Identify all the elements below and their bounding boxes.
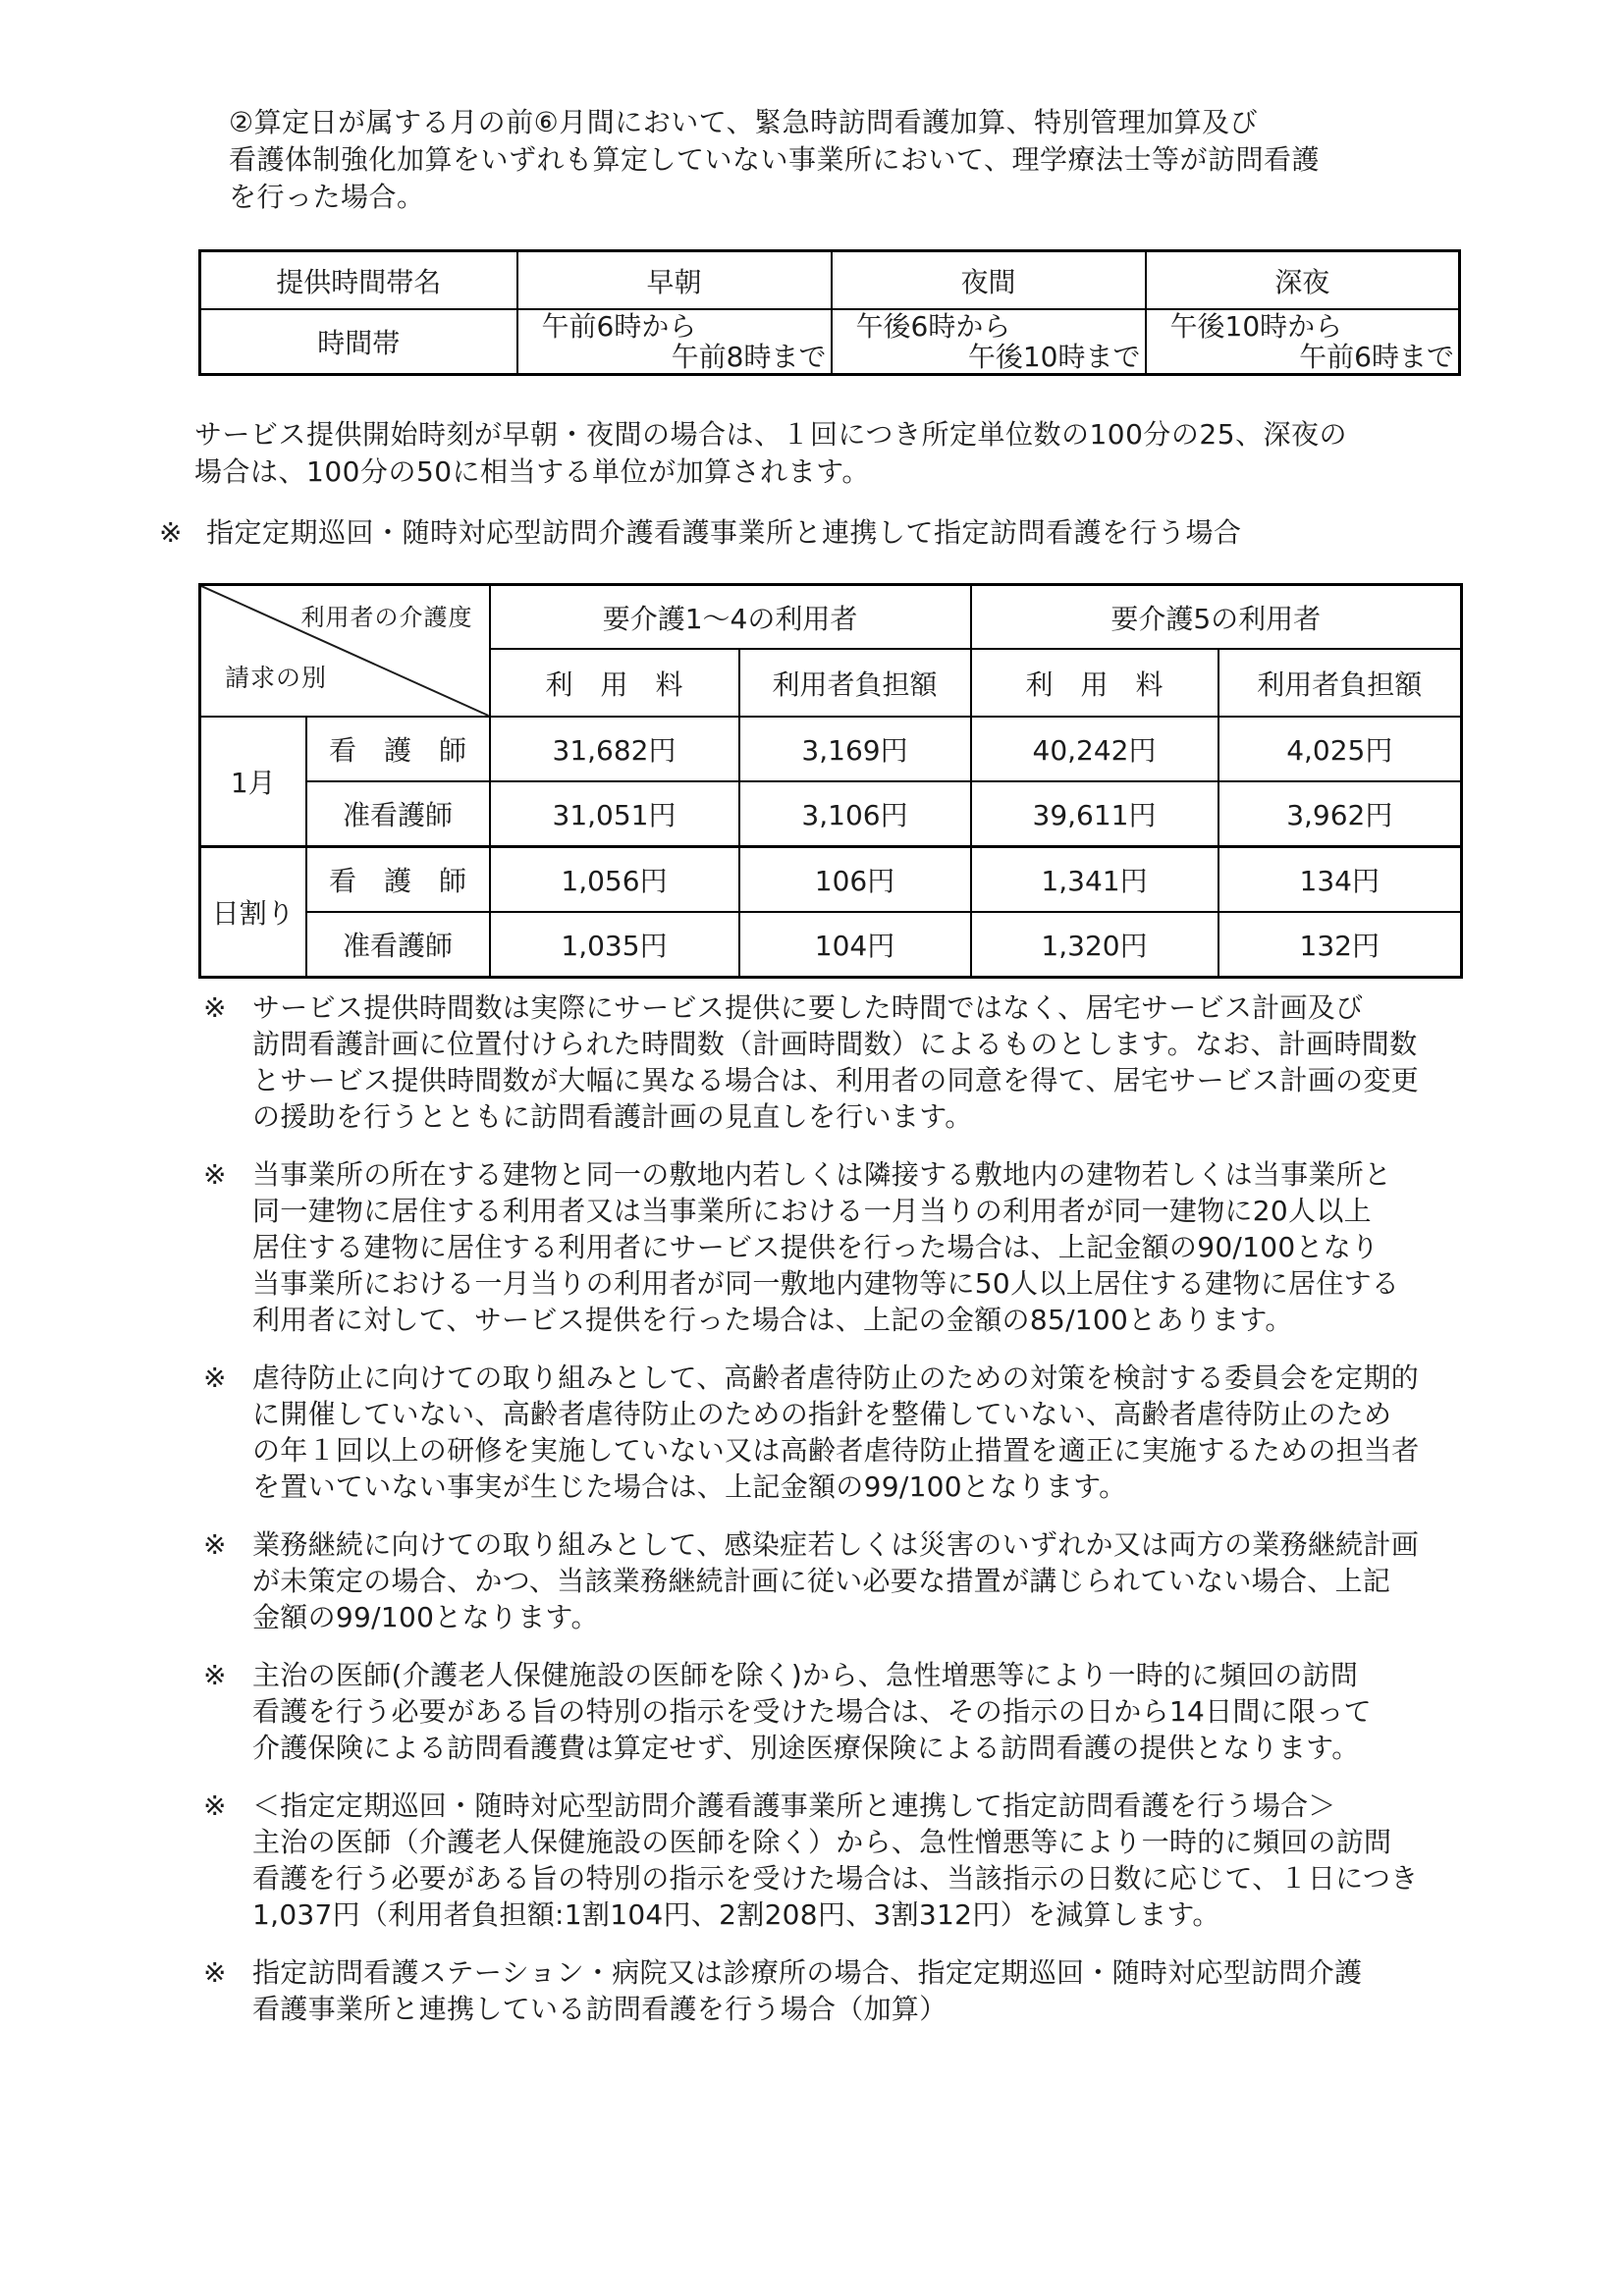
note-business-continuity: ※ 業務継続に向けての取り組みとして、感染症若しくは災害のいずれか又は両方の業務… bbox=[203, 1526, 1489, 1635]
subheader-copayment: 利用者負担額 bbox=[1218, 649, 1462, 717]
reference-mark-icon: ※ bbox=[159, 514, 206, 552]
note-special-doctor-instruction: ※ 主治の医師(介護老人保健施設の医師を除く)から、急性増悪等により一時的に頻回… bbox=[203, 1657, 1489, 1766]
time-range-to: 午前8時まで bbox=[518, 342, 831, 372]
note-line: の年１回以上の研修を実施していない又は高齢者虐待防止措置を適正に実施するための担… bbox=[252, 1432, 1489, 1468]
note-line: サービス提供時間数は実際にサービス提供に要した時間ではなく、居宅サービス計画及び bbox=[252, 989, 1489, 1026]
note-text: 当事業所の所在する建物と同一の敷地内若しくは隣接する敷地内の建物若しくは当事業所… bbox=[252, 1156, 1489, 1338]
note-same-building-reduction: ※ 当事業所の所在する建物と同一の敷地内若しくは隣接する敷地内の建物若しくは当事… bbox=[203, 1156, 1489, 1338]
time-band-header-late-night: 深夜 bbox=[1146, 251, 1460, 310]
fee-value: 3,169円 bbox=[739, 717, 971, 781]
note-text: 業務継続に向けての取り組みとして、感染症若しくは災害のいずれか又は両方の業務継続… bbox=[252, 1526, 1489, 1635]
note-text: サービス提供時間数は実際にサービス提供に要した時間ではなく、居宅サービス計画及び… bbox=[252, 989, 1489, 1135]
fee-value: 1,056円 bbox=[490, 847, 739, 913]
surcharge-note: サービス提供開始時刻が早朝・夜間の場合は、１回につき所定単位数の100分の25、… bbox=[194, 416, 1347, 491]
fee-value: 4,025円 bbox=[1218, 717, 1462, 781]
notes-list: ※ サービス提供時間数は実際にサービス提供に要した時間ではなく、居宅サービス計画… bbox=[203, 989, 1489, 2049]
note-line: 介護保険による訪問看護費は算定せず、別途医療保険による訪問看護の提供となります。 bbox=[252, 1730, 1489, 1766]
document-page: ②算定日が属する月の前⑥月間において、緊急時訪問看護加算、特別管理加算及び 看護… bbox=[0, 0, 1624, 2296]
time-range-from: 午後10時から bbox=[1147, 311, 1459, 342]
note-teikijunkai-reduction: ※ ＜指定定期巡回・随時対応型訪問介護看護事業所と連携して指定訪問看護を行う場合… bbox=[203, 1788, 1489, 1933]
note-line: の援助を行うとともに訪問看護計画の見直しを行います。 bbox=[252, 1098, 1489, 1135]
row-label-nurse: 看 護 師 bbox=[306, 717, 490, 781]
row-group-label-daily: 日割り bbox=[200, 847, 306, 978]
time-band-header-early-morning: 早朝 bbox=[517, 251, 832, 310]
note-line: 同一建物に居住する利用者又は当事業所における一月当りの利用者が同一建物に20人以… bbox=[252, 1193, 1489, 1229]
time-band-table: 提供時間帯名 早朝 夜間 深夜 時間帯 午前6時から 午前8時まで 午後6時から… bbox=[198, 249, 1461, 376]
note-line: 1,037円（利用者負担額:1割104円、2割208円、3割312円）を減算しま… bbox=[252, 1896, 1489, 1933]
time-table-header-row: 提供時間帯名 早朝 夜間 深夜 bbox=[200, 251, 1460, 310]
time-band-header-night: 夜間 bbox=[832, 251, 1146, 310]
reference-mark-icon: ※ bbox=[203, 1657, 252, 1766]
time-range-to: 午後10時まで bbox=[833, 342, 1145, 372]
note-abuse-prevention: ※ 虐待防止に向けての取り組みとして、高齢者虐待防止のための対策を検討する委員会… bbox=[203, 1360, 1489, 1505]
fee-value: 104円 bbox=[739, 912, 971, 978]
fee-value: 1,341円 bbox=[971, 847, 1218, 913]
fee-table-row: 日割り 看 護 師 1,056円 106円 1,341円 134円 bbox=[200, 847, 1462, 913]
reference-mark-icon: ※ bbox=[203, 1788, 252, 1933]
fee-value: 1,035円 bbox=[490, 912, 739, 978]
reference-mark-icon: ※ bbox=[203, 1156, 252, 1338]
intro-paragraph: ②算定日が属する月の前⑥月間において、緊急時訪問看護加算、特別管理加算及び 看護… bbox=[229, 104, 1320, 216]
subheader-fee: 利 用 料 bbox=[971, 649, 1218, 717]
time-range-to: 午前6時まで bbox=[1147, 342, 1459, 372]
reference-mark-icon: ※ bbox=[203, 1954, 252, 2027]
time-range-from: 午前6時から bbox=[518, 311, 831, 342]
section-heading: ※ 指定定期巡回・随時対応型訪問介護看護事業所と連携して指定訪問看護を行う場合 bbox=[159, 514, 1242, 552]
fee-value: 132円 bbox=[1218, 912, 1462, 978]
section-heading-text: 指定定期巡回・随時対応型訪問介護看護事業所と連携して指定訪問看護を行う場合 bbox=[206, 514, 1242, 552]
fee-value: 3,962円 bbox=[1218, 781, 1462, 847]
note-line: 居住する建物に居住する利用者にサービス提供を行った場合は、上記金額の90/100… bbox=[252, 1229, 1489, 1265]
fee-table-row: 1月 看 護 師 31,682円 3,169円 40,242円 4,025円 bbox=[200, 717, 1462, 781]
note-line: 当事業所における一月当りの利用者が同一敷地内建物等に50人以上居住する建物に居住… bbox=[252, 1265, 1489, 1302]
note-line: を置いていない事実が生じた場合は、上記金額の99/100となります。 bbox=[252, 1468, 1489, 1505]
time-table-corner-header: 提供時間帯名 bbox=[200, 251, 517, 310]
fee-table-row: 准看護師 31,051円 3,106円 39,611円 3,962円 bbox=[200, 781, 1462, 847]
fee-value: 31,051円 bbox=[490, 781, 739, 847]
fee-value: 39,611円 bbox=[971, 781, 1218, 847]
reference-mark-icon: ※ bbox=[203, 1526, 252, 1635]
row-label-assistant-nurse: 准看護師 bbox=[306, 912, 490, 978]
note-line: 当事業所の所在する建物と同一の敷地内若しくは隣接する敷地内の建物若しくは当事業所… bbox=[252, 1156, 1489, 1193]
note-text: 指定訪問看護ステーション・病院又は診療所の場合、指定定期巡回・随時対応型訪問介護… bbox=[252, 1954, 1489, 2027]
note-line: 看護事業所と連携している訪問看護を行う場合（加算） bbox=[252, 1991, 1489, 2027]
subheader-copayment: 利用者負担額 bbox=[739, 649, 971, 717]
intro-line: ②算定日が属する月の前⑥月間において、緊急時訪問看護加算、特別管理加算及び bbox=[229, 104, 1320, 141]
time-range-from: 午後6時から bbox=[833, 311, 1145, 342]
fee-value: 106円 bbox=[739, 847, 971, 913]
note-text: 主治の医師(介護老人保健施設の医師を除く)から、急性増悪等により一時的に頻回の訪… bbox=[252, 1657, 1489, 1766]
note-line: ＜指定定期巡回・随時対応型訪問介護看護事業所と連携して指定訪問看護を行う場合＞ bbox=[252, 1788, 1489, 1824]
time-range-cell: 午後10時から 午前6時まで bbox=[1146, 309, 1460, 375]
surcharge-note-line: 場合は、100分の50に相当する単位が加算されます。 bbox=[194, 454, 1347, 491]
fee-value: 3,106円 bbox=[739, 781, 971, 847]
row-label-nurse: 看 護 師 bbox=[306, 847, 490, 913]
row-label-assistant-nurse: 准看護師 bbox=[306, 781, 490, 847]
time-range-cell: 午前6時から 午前8時まで bbox=[517, 309, 832, 375]
note-line: 看護を行う必要がある旨の特別の指示を受けた場合は、当該指示の日数に応じて、１日に… bbox=[252, 1860, 1489, 1896]
fee-value: 1,320円 bbox=[971, 912, 1218, 978]
group-header-care-level-5: 要介護5の利用者 bbox=[971, 585, 1462, 650]
fee-table-group-header-row: 利用者の介護度 請求の別 要介護1～4の利用者 要介護5の利用者 bbox=[200, 585, 1462, 650]
note-line: 業務継続に向けての取り組みとして、感染症若しくは災害のいずれか又は両方の業務継続… bbox=[252, 1526, 1489, 1563]
fee-table-corner-cell: 利用者の介護度 請求の別 bbox=[200, 585, 490, 718]
reference-mark-icon: ※ bbox=[203, 989, 252, 1135]
group-header-care-level-1-4: 要介護1～4の利用者 bbox=[490, 585, 971, 650]
row-group-label-monthly: 1月 bbox=[200, 717, 306, 847]
fee-table-row: 准看護師 1,035円 104円 1,320円 132円 bbox=[200, 912, 1462, 978]
note-line: 利用者に対して、サービス提供を行った場合は、上記の金額の85/100とあります。 bbox=[252, 1302, 1489, 1338]
time-table-data-row: 時間帯 午前6時から 午前8時まで 午後6時から 午後10時まで 午後10時から… bbox=[200, 309, 1460, 375]
note-line: が未策定の場合、かつ、当該業務継続計画に従い必要な措置が講じられていない場合、上… bbox=[252, 1563, 1489, 1599]
note-line: に開催していない、高齢者虐待防止のための指針を整備していない、高齢者虐待防止のた… bbox=[252, 1396, 1489, 1432]
note-text: 虐待防止に向けての取り組みとして、高齢者虐待防止のための対策を検討する委員会を定… bbox=[252, 1360, 1489, 1505]
fee-value: 31,682円 bbox=[490, 717, 739, 781]
note-line: 主治の医師（介護老人保健施設の医師を除く）から、急性憎悪等により一時的に頻回の訪… bbox=[252, 1824, 1489, 1860]
fee-value: 40,242円 bbox=[971, 717, 1218, 781]
note-line: 虐待防止に向けての取り組みとして、高齢者虐待防止のための対策を検討する委員会を定… bbox=[252, 1360, 1489, 1396]
intro-line: 看護体制強化加算をいずれも算定していない事業所において、理学療法士等が訪問看護 bbox=[229, 141, 1320, 179]
note-line: 訪問看護計画に位置付けられた時間数（計画時間数）によるものとします。なお、計画時… bbox=[252, 1026, 1489, 1062]
corner-label-care-level: 利用者の介護度 bbox=[301, 598, 473, 632]
reference-mark-icon: ※ bbox=[203, 1360, 252, 1505]
note-line: 金額の99/100となります。 bbox=[252, 1599, 1489, 1635]
note-station-collaboration-addition: ※ 指定訪問看護ステーション・病院又は診療所の場合、指定定期巡回・随時対応型訪問… bbox=[203, 1954, 1489, 2027]
surcharge-note-line: サービス提供開始時刻が早朝・夜間の場合は、１回につき所定単位数の100分の25、… bbox=[194, 416, 1347, 454]
note-line: 指定訪問看護ステーション・病院又は診療所の場合、指定定期巡回・随時対応型訪問介護 bbox=[252, 1954, 1489, 1991]
note-service-hours: ※ サービス提供時間数は実際にサービス提供に要した時間ではなく、居宅サービス計画… bbox=[203, 989, 1489, 1135]
fee-table: 利用者の介護度 請求の別 要介護1～4の利用者 要介護5の利用者 利 用 料 利… bbox=[198, 583, 1463, 979]
subheader-fee: 利 用 料 bbox=[490, 649, 739, 717]
note-line: 看護を行う必要がある旨の特別の指示を受けた場合は、その指示の日から14日間に限っ… bbox=[252, 1693, 1489, 1730]
time-range-cell: 午後6時から 午後10時まで bbox=[832, 309, 1146, 375]
time-band-row-label: 時間帯 bbox=[200, 309, 517, 375]
note-text: ＜指定定期巡回・随時対応型訪問介護看護事業所と連携して指定訪問看護を行う場合＞ … bbox=[252, 1788, 1489, 1933]
corner-label-billing-type: 請求の別 bbox=[225, 659, 327, 694]
note-line: 主治の医師(介護老人保健施設の医師を除く)から、急性増悪等により一時的に頻回の訪… bbox=[252, 1657, 1489, 1693]
intro-line: を行った場合。 bbox=[229, 179, 1320, 216]
fee-value: 134円 bbox=[1218, 847, 1462, 913]
note-line: とサービス提供時間数が大幅に異なる場合は、利用者の同意を得て、居宅サービス計画の… bbox=[252, 1062, 1489, 1098]
